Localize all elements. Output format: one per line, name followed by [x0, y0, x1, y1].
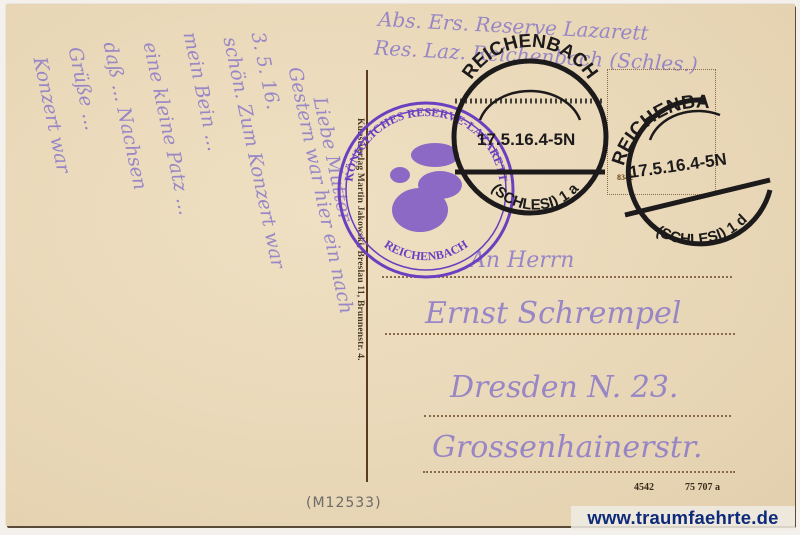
eagle-icon	[390, 143, 462, 232]
svg-text:(SCHLESI) 1 d: (SCHLESI) 1 d	[653, 211, 750, 248]
postmark-date: 17.5.16.4-5N	[477, 130, 575, 149]
svg-text:REICHENBACH: REICHENBACH	[382, 237, 471, 263]
svg-text:REICHENBACH: REICHENBACH	[458, 31, 601, 83]
postmark-city: REICHENBACH	[458, 31, 601, 83]
postmark-date: 17.5.16.4-5N	[628, 149, 728, 181]
postmark-reichenbach-2: REICHENBA 17.5.16.4-5N (SCHLESI) 1 d	[608, 92, 770, 249]
watermark-link[interactable]: www.traumfaehrte.de	[571, 506, 795, 530]
stamps-overlay: KÖNIGLICHES RESERVE-LAZARETT REICHENBACH…	[0, 0, 800, 535]
seal-text-bottom: REICHENBACH	[382, 237, 471, 263]
postmark-region: (SCHLESI) 1 d	[653, 211, 750, 248]
